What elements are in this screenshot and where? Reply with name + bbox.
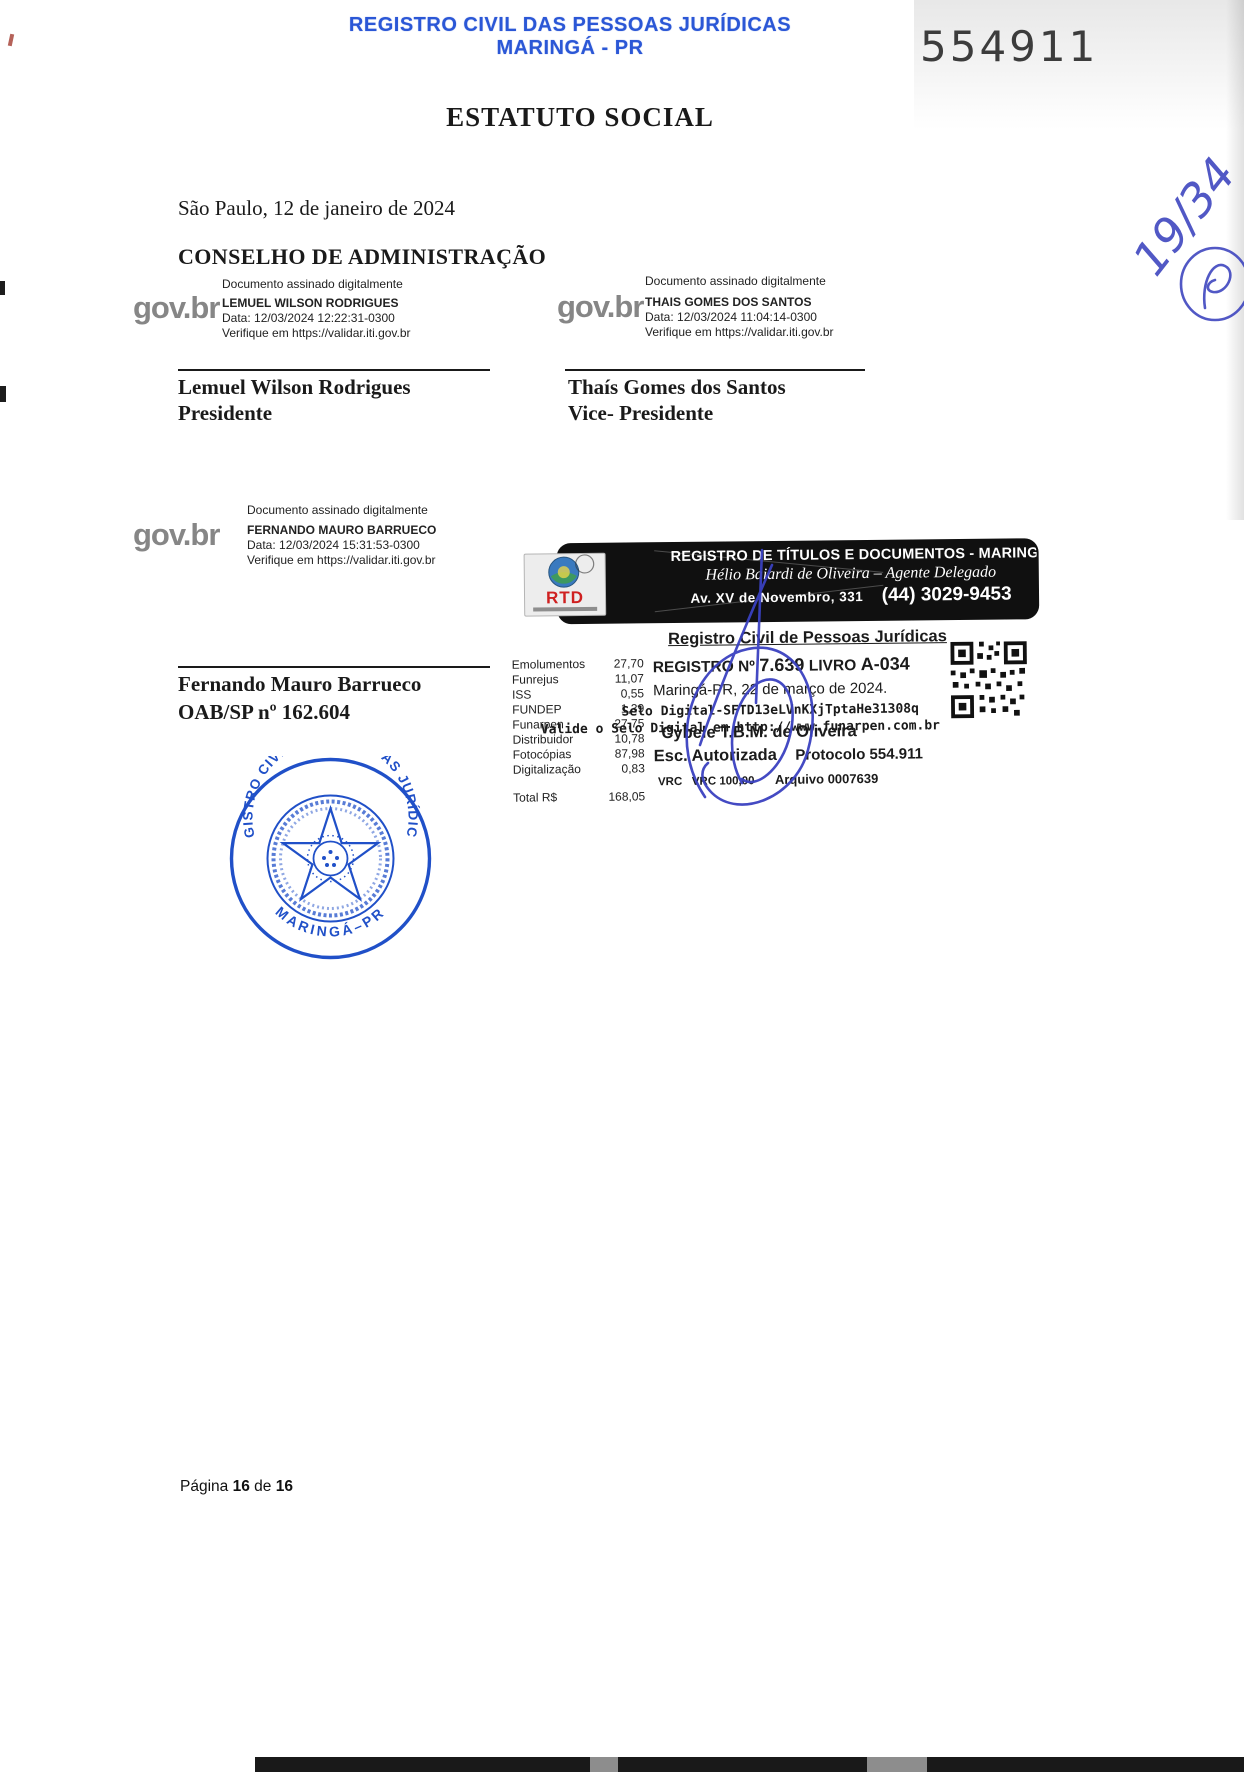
fee-label: Digitalização [513, 762, 581, 778]
signature-date: Data: 12/03/2024 11:04:14-0300 [645, 310, 834, 325]
date-line: São Paulo, 12 de janeiro de 2024 [178, 196, 455, 221]
assurance-text: Documento assinado digitalmente [222, 277, 403, 291]
signature-block-vice-president: Documento assinado digitalmente gov.br T… [557, 274, 957, 434]
signer-name-digital: THAIS GOMES DOS SANTOS [645, 295, 834, 310]
fee-label: Funrejus [512, 672, 559, 687]
signer-name: Fernando Mauro Barrueco [178, 672, 421, 697]
footer-of: de [254, 1478, 271, 1495]
footer-page-number: 16 [233, 1478, 250, 1495]
rtd-caption-bar [533, 607, 597, 612]
footer-total-pages: 16 [276, 1478, 293, 1495]
scan-artifact [0, 281, 5, 295]
rtd-phone: (44) 3029-9453 [882, 583, 1012, 605]
page-footer: Página 16 de 16 [180, 1478, 293, 1496]
livro-value: A-034 [861, 654, 910, 675]
section-heading: CONSELHO DE ADMINISTRAÇÃO [178, 244, 546, 270]
assurance-text: Documento assinado digitalmente [247, 503, 428, 517]
pen-signature [630, 535, 860, 835]
fee-label: Emolumentos [512, 657, 586, 673]
govbr-logo: gov.br [133, 520, 219, 550]
signature-date: Data: 12/03/2024 12:22:31-0300 [222, 311, 411, 326]
signature-block-lawyer: Documento assinado digitalmente gov.br F… [133, 503, 553, 738]
rtd-label: RTD [525, 588, 605, 609]
signature-date: Data: 12/03/2024 15:31:53-0300 [247, 538, 436, 553]
scan-edge-band [255, 1757, 1244, 1772]
fee-label: Fotocópias [513, 747, 572, 763]
signature-line [178, 369, 490, 371]
stamped-number: 554911 [920, 22, 1120, 71]
signer-role: Vice- Presidente [568, 401, 713, 426]
signature-verify-url: Verifique em https://validar.iti.gov.br [222, 326, 411, 341]
handwritten-initial [1175, 242, 1244, 322]
signature-verify-url: Verifique em https://validar.iti.gov.br [247, 553, 436, 568]
signature-block-president: Documento assinado digitalmente gov.br L… [133, 277, 533, 437]
govbr-logo: gov.br [557, 292, 643, 322]
rtd-emblem: RTD [524, 553, 607, 617]
fee-label: ISS [512, 688, 531, 703]
signer-name: Thaís Gomes dos Santos [568, 375, 786, 400]
signer-role: Presidente [178, 401, 272, 426]
document-title: ESTATUTO SOCIAL [0, 102, 1160, 133]
round-seal: REGISTRO CIVIL DAS PESSOAS JURÍDICAS MAR… [228, 756, 433, 961]
fees-total-label: Total R$ [513, 790, 557, 804]
signer-role: OAB/SP nº 162.604 [178, 700, 350, 725]
signer-name: Lemuel Wilson Rodrigues [178, 375, 411, 400]
scan-edge-band-gap [590, 1757, 618, 1772]
assurance-text: Documento assinado digitalmente [645, 274, 826, 288]
govbr-logo: gov.br [133, 293, 219, 323]
scanned-document-page: REGISTRO CIVIL DAS PESSOAS JURÍDICAS MAR… [0, 0, 1244, 1775]
scan-artifact [0, 386, 6, 402]
signature-line [178, 666, 490, 668]
footer-label: Página [180, 1478, 228, 1495]
signature-verify-url: Verifique em https://validar.iti.gov.br [645, 325, 834, 340]
signature-line [565, 369, 865, 371]
rtd-emblem-art [525, 554, 603, 589]
signer-name-digital: FERNANDO MAURO BARRUECO [247, 523, 436, 538]
scan-edge-band-gap [867, 1757, 927, 1772]
signer-name-digital: LEMUEL WILSON RODRIGUES [222, 296, 411, 311]
